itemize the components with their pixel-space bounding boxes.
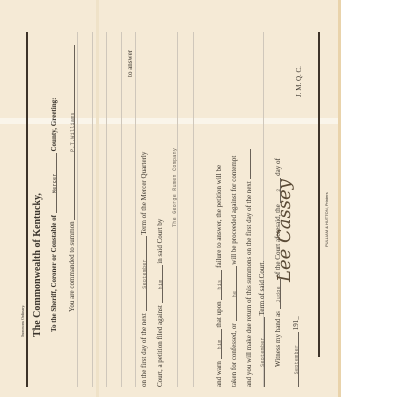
ruled-line [77,32,78,387]
confessed-pronoun-field: he [230,266,237,321]
warn-middle: that upon [215,301,223,327]
return-text: and you will make due return of this sum… [245,181,253,387]
return-blank [244,149,251,179]
judge-signature: Lee Cassey [280,179,289,282]
county-value: Mercer [52,173,58,193]
address-line: To the Sheriff, Coroner or Constable of … [50,98,59,332]
date-year: 191_ [292,316,300,330]
warn-pronoun2-field: his [215,270,222,300]
confessed-suffix: will be proceeded against for contempt [230,156,238,265]
petition-pronoun: him [158,279,164,289]
term-line: on the first day of the next September T… [140,152,149,387]
date-month: September [294,345,300,375]
county-field: Mercer [50,153,57,213]
confessed-prefix: taken for confessed, or [230,323,238,387]
witness-role: Judge [276,286,282,303]
term-court-line: September Term of said Court. [258,261,267,387]
warn-pronoun-field: him [215,329,222,359]
command-line: You are commanded to summon P.T.Williams [68,45,77,312]
ruled-line [106,32,107,387]
term-court-suffix: Term of said Court. [258,261,266,316]
plaintiff-name: The George Rumen Company [172,148,178,227]
petition-prefix: Court, a petition filed against [156,305,164,387]
term-prefix: on the first day of the next [140,313,148,387]
command-text: You are commanded to summon [68,221,76,312]
printer-credit: PULLIAM & HUTTON, Printers [322,192,331,247]
ruled-line [121,32,122,387]
date-month-field: September [292,332,299,387]
term-month: September [142,259,148,289]
term-suffix: Term of the Mercer Quarterly [140,152,148,235]
court-month-field: September [258,317,265,387]
warn-prefix: and warn [215,361,223,387]
petition-pronoun-field: him [156,265,163,303]
warn-pronoun1: him [217,339,223,349]
bottom-thick-rule [318,32,320,357]
petition-line: Court, a petition filed against him in s… [156,219,165,387]
warn-pronoun2: his [217,280,223,290]
defendant-field: P.T.Williams [68,45,75,220]
ruled-line [193,32,194,387]
scanned-document: Summons Ordinary. The Commonwealth of Ke… [0,0,341,397]
warn-line: and warn him that upon his failure to an… [215,165,224,387]
document-content-rotated: Summons Ordinary. The Commonwealth of Ke… [0,0,338,397]
signature-suffix: J. M. Q. C. [295,66,304,97]
to-answer-text: to answer [126,50,135,77]
defendant-name: P.T.Williams [70,112,76,152]
ruled-line [135,32,136,387]
confessed-line: taken for confessed, or he will be proce… [230,156,239,387]
date-line: September 191_ [292,316,301,387]
address-suffix: County, Greeting: [50,98,58,152]
document-title: The Commonwealth of Kentucky, [33,193,42,337]
address-prefix: To the Sheriff, Coroner or Constable of [50,215,58,332]
witness-prefix: Witness my hand as [274,311,282,367]
warn-suffix: failure to answer, the petition will be [215,165,223,268]
ruled-line [92,32,93,387]
witness-role-field: Judge [274,279,281,309]
confessed-pronoun: he [232,291,238,298]
court-month: September [260,337,266,367]
return-line: and you will make due return of this sum… [244,149,254,387]
term-month-field: September [140,236,147,311]
witness-suffix: day of [274,158,282,176]
plaintiff-line: The George Rumen Company [170,148,180,227]
petition-suffix: in said Court by [156,219,164,264]
form-type-label: Summons Ordinary. [18,305,27,337]
